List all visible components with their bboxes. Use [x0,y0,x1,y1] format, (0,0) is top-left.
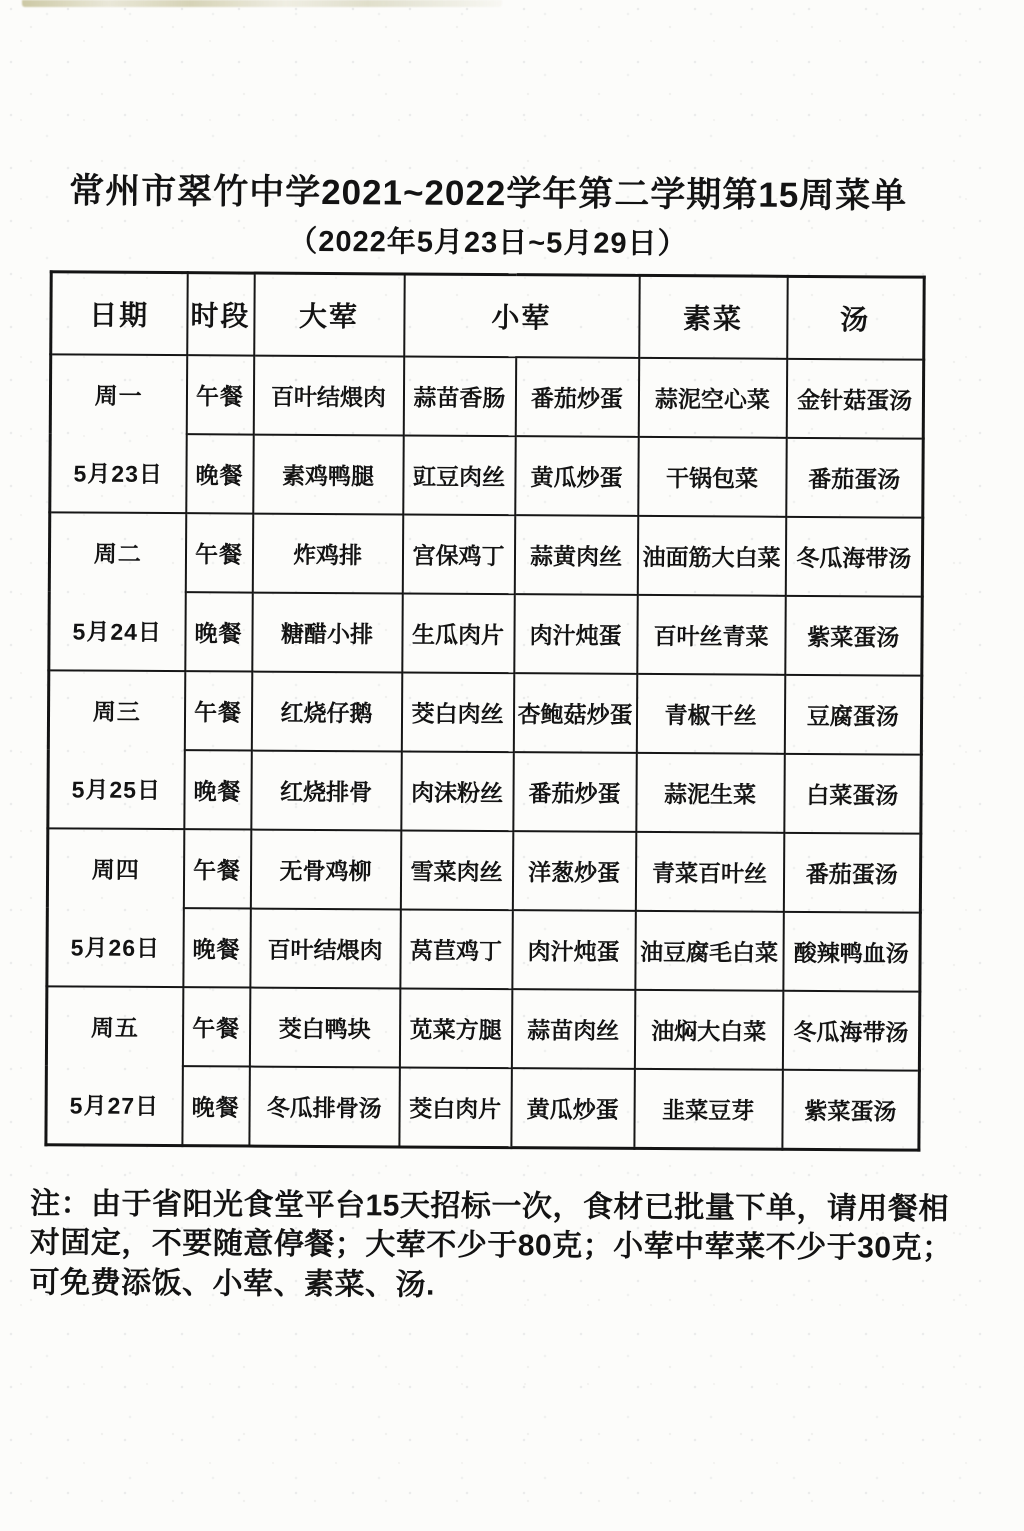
vegetable-cell: 蒜泥生菜 [636,752,784,832]
vegetable-cell: 青菜百叶丝 [635,831,783,911]
main-meat-cell: 炸鸡排 [252,513,402,593]
date-label: 5月26日 [71,929,161,963]
small-meat-cell-2: 肉汁炖蛋 [512,910,635,990]
vegetable-cell: 百叶丝青菜 [637,594,785,674]
vegetable-cell: 韭菜豆芽 [634,1069,782,1149]
footnote-line-2: 对固定，不要随意停餐；大荤不少于80克；小荤中荤菜不少于30克； [30,1223,990,1268]
period-cell: 午餐 [186,355,253,434]
footnote-line-3: 可免费添饭、小荤、素菜、汤. [29,1263,989,1308]
date-cell-tuesday: 周二 5月24日 [49,512,186,671]
main-meat-cell: 无骨鸡柳 [250,829,400,909]
period-cell: 午餐 [182,987,249,1067]
menu-row-wednesday-lunch: 周三 5月25日 午餐 红烧仔鹅 茭白肉丝 杏鲍菇炒蛋 青椒干丝 豆腐蛋汤 [48,670,921,754]
day-label: 周五 [91,1010,139,1043]
page-subtitle: （2022年5月23日~5月29日） [48,217,928,263]
soup-cell: 紫菜蛋汤 [782,1070,919,1150]
date-cell-friday: 周五 5月27日 [46,986,183,1145]
menu-row-tuesday-lunch: 周二 5月24日 午餐 炸鸡排 宫保鸡丁 蒜黄肉丝 油面筋大白菜 冬瓜海带汤 [49,512,922,596]
soup-cell: 金针菇蛋汤 [786,358,923,438]
main-meat-cell: 百叶结煨肉 [253,355,403,435]
scanned-menu-sheet: 常州市翠竹中学2021~2022学年第二学期第15周菜单 （2022年5月23日… [0,0,1024,1531]
small-meat-cell-2: 黄瓜炒蛋 [515,436,638,516]
small-meat-cell-1: 莴苣鸡丁 [400,909,512,989]
header-row: 日期 时段 大荤 小荤 素菜 汤 [51,272,925,359]
soup-cell: 紫菜蛋汤 [785,595,922,675]
small-meat-cell-1: 肉沫粉丝 [401,751,513,831]
period-cell: 晚餐 [182,1066,249,1146]
small-meat-cell-1: 茭白肉丝 [401,672,513,752]
main-meat-cell: 红烧仔鹅 [251,671,401,751]
soup-cell: 冬瓜海带汤 [782,990,919,1070]
soup-cell: 白菜蛋汤 [784,753,921,833]
col-header-vegetable: 素菜 [639,275,787,358]
vegetable-cell: 油豆腐毛白菜 [635,910,783,990]
col-header-soup: 汤 [787,276,924,359]
small-meat-cell-2: 番茄炒蛋 [513,752,636,832]
date-label: 5月27日 [70,1087,160,1121]
main-meat-cell: 素鸡鸭腿 [253,434,403,514]
small-meat-cell-1: 苋菜方腿 [399,988,511,1068]
soup-cell: 酸辣鸭血汤 [783,911,920,991]
date-label: 5月23日 [73,455,163,489]
day-label: 周一 [95,378,143,411]
period-cell: 晚餐 [185,592,252,671]
vegetable-cell: 蒜泥空心菜 [638,357,786,437]
date-cell-thursday: 周四 5月26日 [47,828,184,987]
col-header-small-meat: 小荤 [404,274,640,357]
page-title: 常州市翠竹中学2021~2022学年第二学期第15周菜单 [48,0,929,219]
main-meat-cell: 冬瓜排骨汤 [249,1066,399,1146]
vegetable-cell: 油面筋大白菜 [637,515,785,595]
small-meat-cell-2: 蒜苗肉丝 [511,989,634,1069]
vegetable-cell: 油焖大白菜 [634,989,782,1069]
menu-row-thursday-lunch: 周四 5月26日 午餐 无骨鸡柳 雪菜肉丝 洋葱炒蛋 青菜百叶丝 番茄蛋汤 [47,828,920,912]
small-meat-cell-1: 雪菜肉丝 [400,830,512,910]
soup-cell: 番茄蛋汤 [783,832,920,912]
date-cell-wednesday: 周三 5月25日 [48,670,185,829]
vegetable-cell: 干锅包菜 [638,436,786,516]
period-cell: 午餐 [183,829,250,908]
small-meat-cell-1: 豇豆肉丝 [403,435,515,515]
day-label: 周三 [93,694,141,727]
day-label: 周四 [92,852,140,885]
soup-cell: 番茄蛋汤 [786,437,923,517]
small-meat-cell-2: 肉汁炖蛋 [514,594,637,674]
vegetable-cell: 青椒干丝 [636,673,784,753]
period-cell: 晚餐 [183,908,250,987]
period-cell: 晚餐 [184,750,251,829]
period-cell: 午餐 [185,513,252,592]
menu-row-friday-lunch: 周五 5月27日 午餐 茭白鸭块 苋菜方腿 蒜苗肉丝 油焖大白菜 冬瓜海带汤 [46,986,919,1071]
day-label: 周二 [94,536,142,569]
col-header-date: 日期 [51,272,187,355]
date-label: 5月24日 [73,613,163,647]
small-meat-cell-2: 洋葱炒蛋 [512,831,635,911]
small-meat-cell-1: 茭白肉片 [399,1067,511,1147]
small-meat-cell-2: 黄瓜炒蛋 [511,1068,634,1148]
period-cell: 午餐 [184,671,251,750]
menu-row-monday-lunch: 周一 5月23日 午餐 百叶结煨肉 蒜苗香肠 番茄炒蛋 蒜泥空心菜 金针菇蛋汤 [50,354,923,438]
date-label: 5月25日 [72,771,162,805]
main-meat-cell: 红烧排骨 [251,750,401,830]
main-meat-cell: 糖醋小排 [252,592,402,672]
small-meat-cell-1: 蒜苗香肠 [403,356,515,436]
soup-cell: 冬瓜海带汤 [785,516,922,596]
col-header-main-meat: 大荤 [254,273,404,356]
period-cell: 晚餐 [186,434,253,513]
small-meat-cell-1: 宫保鸡丁 [402,514,514,594]
small-meat-cell-1: 生瓜肉片 [402,593,514,673]
main-meat-cell: 茭白鸭块 [249,987,399,1067]
footnote: 注：由于省阳光食堂平台15天招标一次，食材已批量下单，请用餐相 对固定，不要随意… [29,1184,990,1309]
col-header-period: 时段 [187,273,254,355]
small-meat-cell-2: 杏鲍菇炒蛋 [513,673,636,753]
date-cell-monday: 周一 5月23日 [50,354,187,513]
weekly-menu-table: 日期 时段 大荤 小荤 素菜 汤 周一 5月23日 午餐 百叶结煨肉 蒜苗香肠 [44,270,925,1151]
footnote-line-1: 注：由于省阳光食堂平台15天招标一次，食材已批量下单，请用餐相 [30,1184,990,1229]
soup-cell: 豆腐蛋汤 [784,674,921,754]
main-meat-cell: 百叶结煨肉 [250,908,400,988]
small-meat-cell-2: 蒜黄肉丝 [514,515,637,595]
small-meat-cell-2: 番茄炒蛋 [515,357,638,437]
